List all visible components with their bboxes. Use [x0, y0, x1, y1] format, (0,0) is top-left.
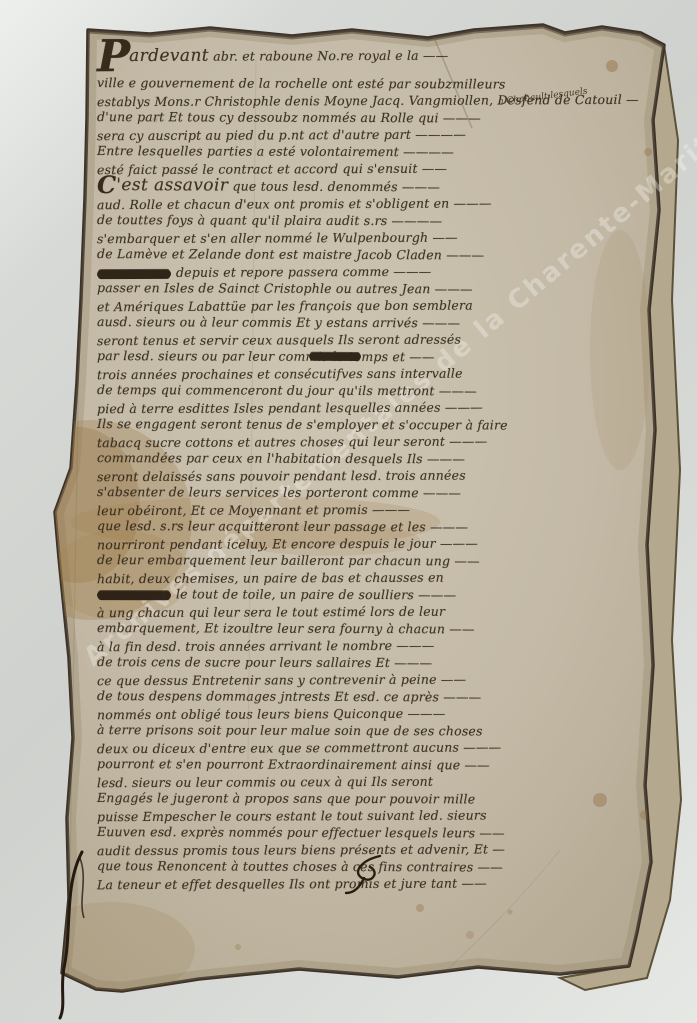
manuscript-line: s'embarquer et s'en aller nommé le Wulpe…: [97, 228, 642, 247]
manuscript-line: à la fin desd. trois années arrivant le …: [97, 636, 642, 655]
manuscript-line: leur obéiront, Et ce Moyennant et promis…: [97, 500, 642, 519]
manuscript-line: de trois cens de sucre pour leurs sallai…: [97, 653, 642, 672]
manuscript-line: Engagés le jugeront à propos sans que po…: [97, 789, 642, 808]
manuscript-text-block: Pardevant abr. et raboune No.re royal e …: [97, 46, 642, 892]
manuscript-line: C'est assavoir que tous lesd. denommés —…: [97, 176, 642, 196]
manuscript-line: audit dessus promis tous leurs biens pré…: [97, 840, 642, 859]
lead-word: ardevant: [129, 46, 209, 66]
manuscript-line: nommés ont obligé tous leurs biens Quico…: [97, 704, 642, 723]
manuscript-line: lesd. sieurs ou leur commis ou ceux à qu…: [97, 772, 642, 791]
manuscript-line: seront delaissés sans pouvoir pendant le…: [97, 466, 642, 485]
ink-strikethrough: [97, 591, 171, 599]
manuscript-line: de leur embarquement leur bailleront par…: [97, 551, 642, 570]
manuscript-line: ce que dessus Entretenir sans y contreve…: [97, 670, 642, 689]
manuscript-line: trois années prochaines et consécutifves…: [97, 364, 642, 383]
manuscript-line: à terre prisons soit pour leur malue soi…: [97, 721, 642, 740]
manuscript-line: embarquement, Et izoultre leur sera four…: [97, 619, 642, 638]
manuscript-line: tabacq sucre cottons et autres choses qu…: [97, 432, 642, 451]
manuscript-line: puisse Empescher le cours estant le tout…: [97, 806, 642, 825]
photo-backdrop: Archives départementales de la Charente-…: [0, 0, 697, 1023]
ink-strikethrough: [309, 353, 361, 360]
manuscript-line: La teneur et effet desquelles Ils ont pr…: [97, 874, 642, 893]
manuscript-line: ausd. sieurs ou à leur commis Et y estan…: [97, 313, 642, 332]
manuscript-line: aud. Rolle et chacun d'eux ont promis et…: [97, 194, 642, 213]
manuscript-line: Ils se engagent seront tenus de s'employ…: [97, 415, 642, 434]
manuscript-line: s'absenter de leurs services les portero…: [97, 483, 642, 502]
drop-cap: C: [97, 170, 116, 199]
manuscript-line: commandées par ceux en l'habitation desq…: [97, 449, 642, 468]
manuscript-line: et Amériques Labattüe par les françois q…: [97, 296, 642, 315]
ink-strikethrough: [97, 269, 171, 277]
manuscript-line: seront tenus et servir ceux ausquels Ils…: [97, 330, 642, 349]
manuscript-line: sera cy auscript au pied du p.nt act d'a…: [97, 125, 642, 144]
manuscript-line: nourriront pendant iceluy, Et encore des…: [97, 534, 642, 553]
manuscript-line: Euuven esd. exprès nommés pour effectuer…: [97, 823, 642, 842]
manuscript-line: de Lamève et Zelande dont est maistre Ja…: [97, 245, 642, 264]
manuscript-line: le tout de toile, un paire de soulliers …: [97, 585, 642, 604]
manuscript-line: Entre lesquelles parties a esté volontai…: [97, 142, 642, 161]
manuscript-line: par lesd. sieurs ou par leur commis le t…: [97, 347, 642, 366]
manuscript-line: de touttes foys à quant qu'il plaira aud…: [97, 211, 642, 230]
manuscript-line: pied à terre esdittes Isles pendant lesq…: [97, 398, 642, 417]
manuscript-line: deux ou diceux d'entre eux que se commet…: [97, 738, 642, 757]
manuscript-line: que tous Renoncent à touttes choses à ce…: [97, 857, 642, 876]
manuscript-line: depuis et repore passera comme ———: [97, 262, 642, 281]
manuscript-line: pourront et s'en pourront Extraordinaire…: [97, 755, 642, 774]
manuscript-line: Pardevant abr. et raboune No.re royal e …: [97, 45, 642, 67]
lead-word: 'est assavoir: [116, 175, 228, 195]
manuscript-line: de temps qui commenceront du jour qu'ils…: [97, 381, 642, 400]
manuscript-line: habit, deux chemises, un paire de bas et…: [97, 568, 642, 587]
manuscript-line: à ung chacun qui leur sera le tout estim…: [97, 602, 642, 621]
manuscript-line: de tous despens dommages jntrests Et esd…: [97, 687, 642, 706]
manuscript-line: que lesd. s.rs leur acquitteront leur pa…: [97, 517, 642, 536]
manuscript-line: passer en Isles de Sainct Cristophle ou …: [97, 279, 642, 298]
manuscript-line: d'une part Et tous cy dessoubz nommés au…: [97, 108, 642, 127]
